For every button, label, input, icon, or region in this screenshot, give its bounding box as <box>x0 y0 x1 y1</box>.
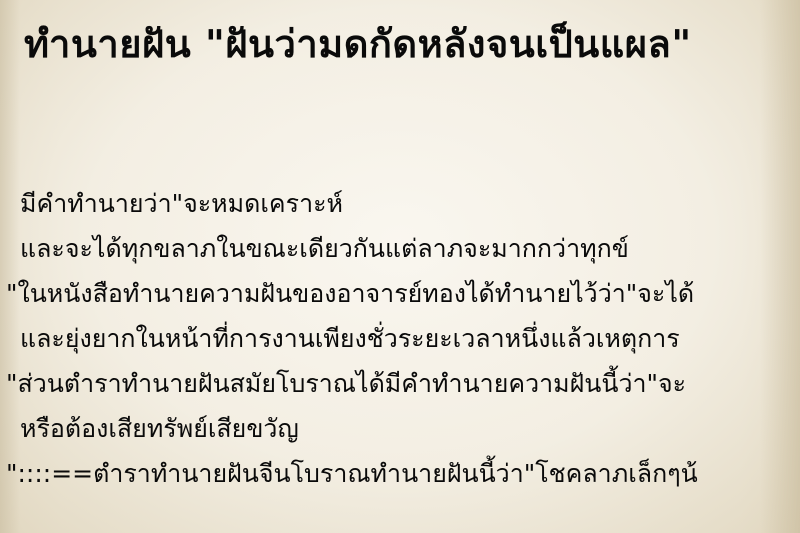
text-line: และจะได้ทุกขลาภในขณะเดียวกันแต่ลาภจะมากก… <box>20 231 629 267</box>
paper-edge-right <box>760 0 800 533</box>
text-line: "::::==ตำราทำนายฝันจีนโบราณทำนายฝันนี้ว่… <box>6 456 698 492</box>
text-line: "ส่วนตำราทำนายฝันสมัยโบราณได้มีคำทำนายคว… <box>6 366 686 402</box>
text-line: และยุ่งยากในหน้าที่การงานเพียงชั่วระยะเว… <box>20 321 680 357</box>
text-line: หรือต้องเสียทรัพย์เสียขวัญ <box>20 411 299 447</box>
text-line: "ในหนังสือทำนายความฝันของอาจารย์ทองได้ทำ… <box>6 276 694 312</box>
page-title: ทำนายฝัน "ฝันว่ามดกัดหลังจนเป็นแผล" <box>24 14 692 74</box>
paper-edge-left <box>0 0 20 533</box>
text-line: มีคำทำนายว่า"จะหมดเคราะห์ <box>20 186 343 222</box>
